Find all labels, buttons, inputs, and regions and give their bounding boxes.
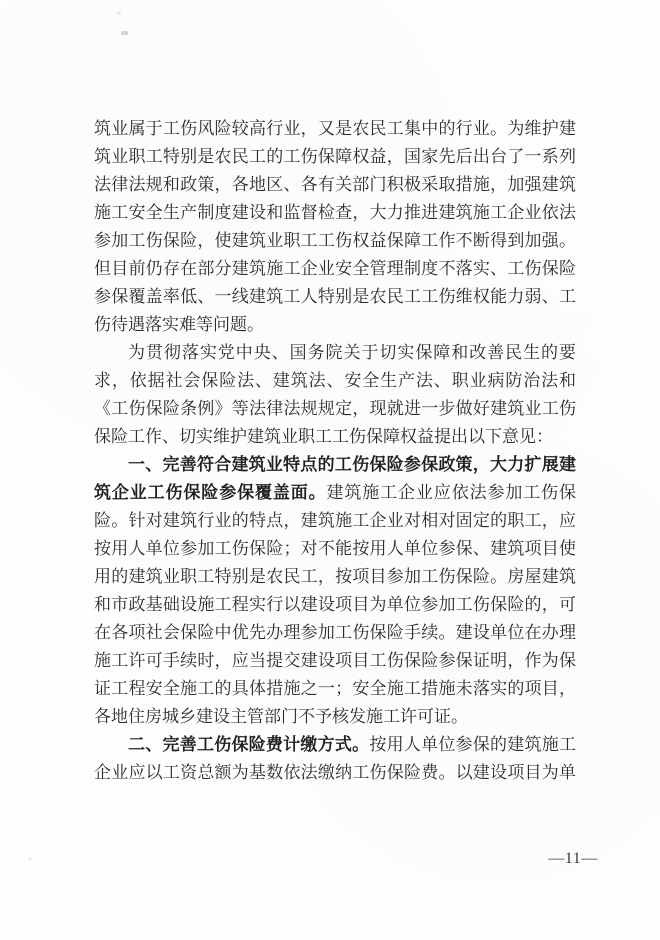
heading-text: 一、完善符合建筑业特点的工伤保险参保政策，大力扩展建 xyxy=(128,455,576,474)
body-text: 证工程安全施工的具体措施之一；安全施工措施未落实的项目， xyxy=(94,679,576,698)
text-line: 证工程安全施工的具体措施之一；安全施工措施未落实的项目， xyxy=(94,675,576,703)
document-body: 筑业属于工伤风险较高行业，又是农民工集中的行业。为维护建筑业职工特别是农民工的工… xyxy=(94,115,576,787)
text-line: 保险工作、切实维护建筑业职工工伤保障权益提出以下意见： xyxy=(94,423,576,451)
text-line: 为贯彻落实党中央、国务院关于切实保障和改善民生的要 xyxy=(94,339,576,367)
text-line: 求，依据社会保险法、建筑法、安全生产法、职业病防治法和 xyxy=(94,367,576,395)
text-line: 但目前仍存在部分建筑施工企业安全管理制度不落实、工伤保险 xyxy=(94,255,576,283)
body-text: 参保覆盖率低、一线建筑工人特别是农民工工伤维权能力弱、工 xyxy=(94,287,576,306)
text-line: 筑业职工特别是农民工的工伤保障权益，国家先后出台了一系列 xyxy=(94,143,576,171)
text-line: 参保覆盖率低、一线建筑工人特别是农民工工伤维权能力弱、工 xyxy=(94,283,576,311)
body-text: 在各项社会保险中优先办理参加工伤保险手续。建设单位在办理 xyxy=(94,623,576,642)
text-line: 企业应以工资总额为基数依法缴纳工伤保险费。以建设项目为单 xyxy=(94,759,576,787)
text-line: 参加工伤保险，使建筑业职工工伤权益保障工作不断得到加强。 xyxy=(94,227,576,255)
body-text: 用的建筑业职工特别是农民工，按项目参加工伤保险。房屋建筑 xyxy=(94,567,576,586)
text-line: 伤待遇落实难等问题。 xyxy=(94,311,576,339)
page-number: —11— xyxy=(540,848,606,870)
body-text: 筑业职工特别是农民工的工伤保障权益，国家先后出台了一系列 xyxy=(94,147,576,166)
scan-artifact xyxy=(399,873,401,875)
heading-text: 二、完善工伤保险费计缴方式。 xyxy=(128,735,369,754)
text-line: 筑业属于工伤风险较高行业，又是农民工集中的行业。为维护建 xyxy=(94,115,576,143)
body-text: 施工安全生产制度建设和监督检查，大力推进建筑施工企业依法 xyxy=(94,203,576,222)
scan-artifact xyxy=(121,31,128,35)
body-text: 险。针对建筑行业的特点，建筑施工企业对相对固定的职工，应 xyxy=(94,511,576,530)
body-text: 按用人单位参保的建筑施工 xyxy=(369,735,576,754)
body-text: 参加工伤保险，使建筑业职工工伤权益保障工作不断得到加强。 xyxy=(94,231,576,250)
body-text: 各地住房城乡建设主管部门不予核发施工许可证。 xyxy=(94,707,468,726)
text-line: 筑企业工伤保险参保覆盖面。建筑施工企业应依法参加工伤保 xyxy=(94,479,576,507)
body-text: 但目前仍存在部分建筑施工企业安全管理制度不落实、工伤保险 xyxy=(94,259,576,278)
text-line: 各地住房城乡建设主管部门不予核发施工许可证。 xyxy=(94,703,576,731)
text-line: 一、完善符合建筑业特点的工伤保险参保政策，大力扩展建 xyxy=(94,451,576,479)
scan-artifact xyxy=(117,12,121,14)
body-text: 伤待遇落实难等问题。 xyxy=(94,315,264,334)
heading-text: 筑企业工伤保险参保覆盖面。 xyxy=(94,483,327,502)
body-text: 法律法规和政策，各地区、各有关部门积极采取措施，加强建筑 xyxy=(94,175,576,194)
body-text: 和市政基础设施工程实行以建设项目为单位参加工伤保险的，可 xyxy=(94,595,576,614)
text-line: 在各项社会保险中优先办理参加工伤保险手续。建设单位在办理 xyxy=(94,619,576,647)
text-line: 法律法规和政策，各地区、各有关部门积极采取措施，加强建筑 xyxy=(94,171,576,199)
body-text: 《工伤保险条例》等法律法规规定，现就进一步做好建筑业工伤 xyxy=(94,399,576,418)
body-text: 按用人单位参加工伤保险；对不能按用人单位参保、建筑项目使 xyxy=(94,539,576,558)
text-line: 用的建筑业职工特别是农民工，按项目参加工伤保险。房屋建筑 xyxy=(94,563,576,591)
text-line: 施工许可手续时，应当提交建设项目工伤保险参保证明，作为保 xyxy=(94,647,576,675)
body-text: 为贯彻落实党中央、国务院关于切实保障和改善民生的要 xyxy=(128,343,576,362)
body-text: 建筑施工企业应依法参加工伤保 xyxy=(327,483,577,502)
scan-artifact xyxy=(29,858,31,860)
body-text: 筑业属于工伤风险较高行业，又是农民工集中的行业。为维护建 xyxy=(94,119,576,138)
body-text: 施工许可手续时，应当提交建设项目工伤保险参保证明，作为保 xyxy=(94,651,576,670)
text-line: 施工安全生产制度建设和监督检查，大力推进建筑施工企业依法 xyxy=(94,199,576,227)
text-line: 《工伤保险条例》等法律法规规定，现就进一步做好建筑业工伤 xyxy=(94,395,576,423)
text-line: 险。针对建筑行业的特点，建筑施工企业对相对固定的职工，应 xyxy=(94,507,576,535)
body-text: 求，依据社会保险法、建筑法、安全生产法、职业病防治法和 xyxy=(94,371,576,390)
text-line: 按用人单位参加工伤保险；对不能按用人单位参保、建筑项目使 xyxy=(94,535,576,563)
scanned-document-page: 筑业属于工伤风险较高行业，又是农民工集中的行业。为维护建筑业职工特别是农民工的工… xyxy=(0,0,660,940)
body-text: 企业应以工资总额为基数依法缴纳工伤保险费。以建设项目为单 xyxy=(94,763,576,782)
text-line: 和市政基础设施工程实行以建设项目为单位参加工伤保险的，可 xyxy=(94,591,576,619)
body-text: 保险工作、切实维护建筑业职工工伤保障权益提出以下意见： xyxy=(94,427,553,446)
text-line: 二、完善工伤保险费计缴方式。按用人单位参保的建筑施工 xyxy=(94,731,576,759)
